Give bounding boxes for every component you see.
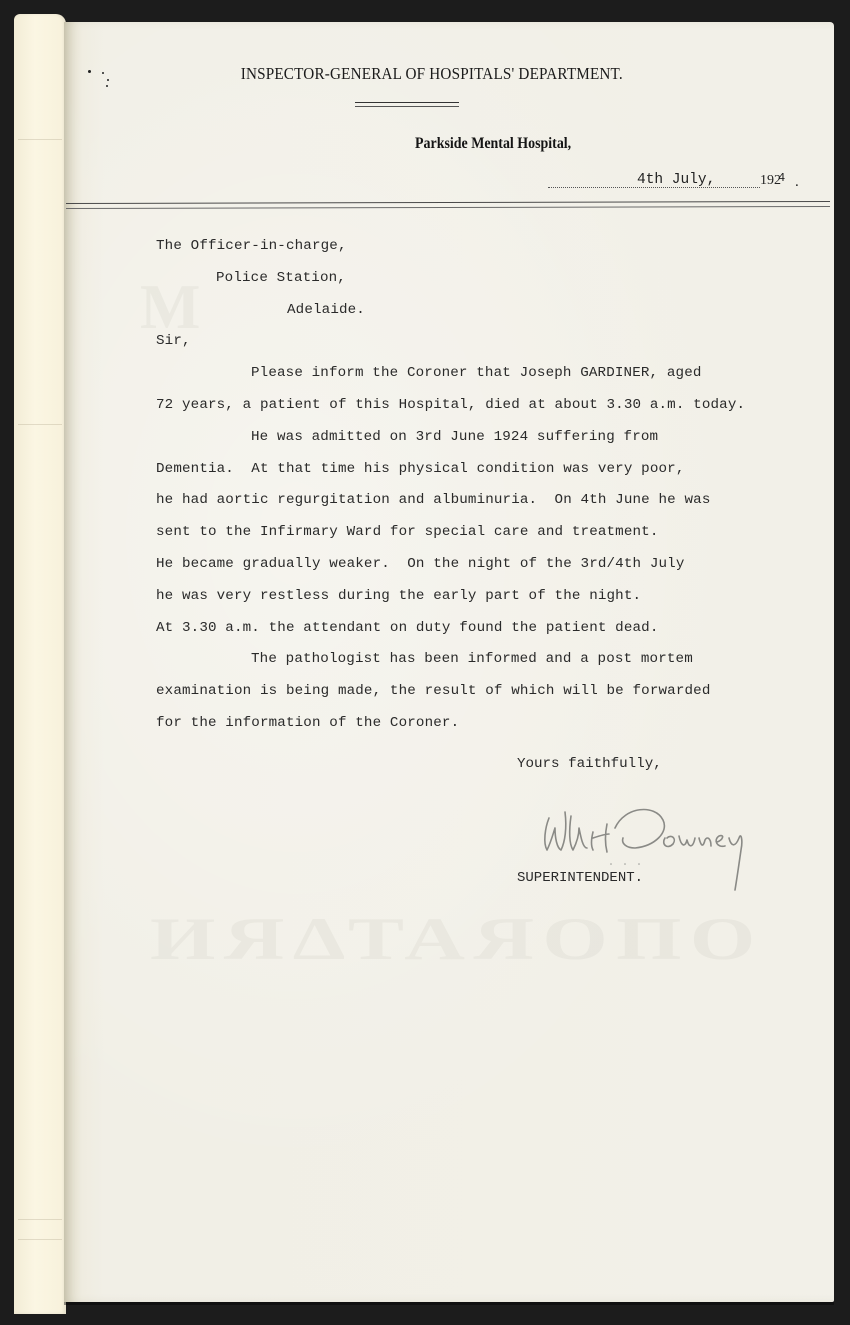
strip-rule [18,1239,62,1240]
recipient-line: The Officer-in-charge, [156,231,816,263]
body-line: for the information of the Coroner. [156,708,816,740]
body-line: 72 years, a patient of this Hospital, di… [156,390,816,422]
closing: Yours faithfully, [517,756,662,772]
date-year-typed: 4 [778,171,785,185]
body-line: He was admitted on 3rd June 1924 sufferi… [156,422,816,454]
strip-rule [18,424,62,425]
paper-speck [106,85,108,87]
body-line: At 3.30 a.m. the attendant on duty found… [156,613,816,645]
recipient-line: Police Station, [156,263,816,295]
body-line: examination is being made, the result of… [156,676,816,708]
signatory-title: SUPERINTENDENT. [517,870,643,886]
strip-rule [18,1219,62,1220]
institution-name: Parkside Mental Hospital, [415,135,571,153]
body-line: Dementia. At that time his physical cond… [156,454,816,486]
binding-strip [14,14,66,1314]
date-period: . [795,174,799,191]
body-line: he had aortic regurgitation and albuminu… [156,485,816,517]
date-year: 1924 [760,173,785,189]
body-line: The pathologist has been informed and a … [156,644,816,676]
recipient-line: Adelaide. [156,295,816,327]
date-day-month: 4th July, [637,172,715,188]
body-line: he was very restless during the early pa… [156,581,816,613]
heading-rule [355,102,459,107]
date-line: 4th July, 1924 . [548,172,788,190]
department-heading: INSPECTOR-GENERAL OF HOSPITALS' DEPARTME… [41,64,823,84]
body-line: sent to the Infirmary Ward for special c… [156,517,816,549]
salutation: Sir, [156,326,816,358]
sheet-edge-shadow [64,1302,834,1305]
document-viewer: M ИЯΔΤΑЯΟΠΟ INSPECTOR-GENERAL OF HOSPITA… [0,0,850,1325]
body-line: He became gradually weaker. On the night… [156,549,816,581]
letter-body: The Officer-in-charge, Police Station, A… [156,231,816,740]
strip-rule [18,139,62,140]
body-line: Please inform the Coroner that Joseph GA… [156,358,816,390]
